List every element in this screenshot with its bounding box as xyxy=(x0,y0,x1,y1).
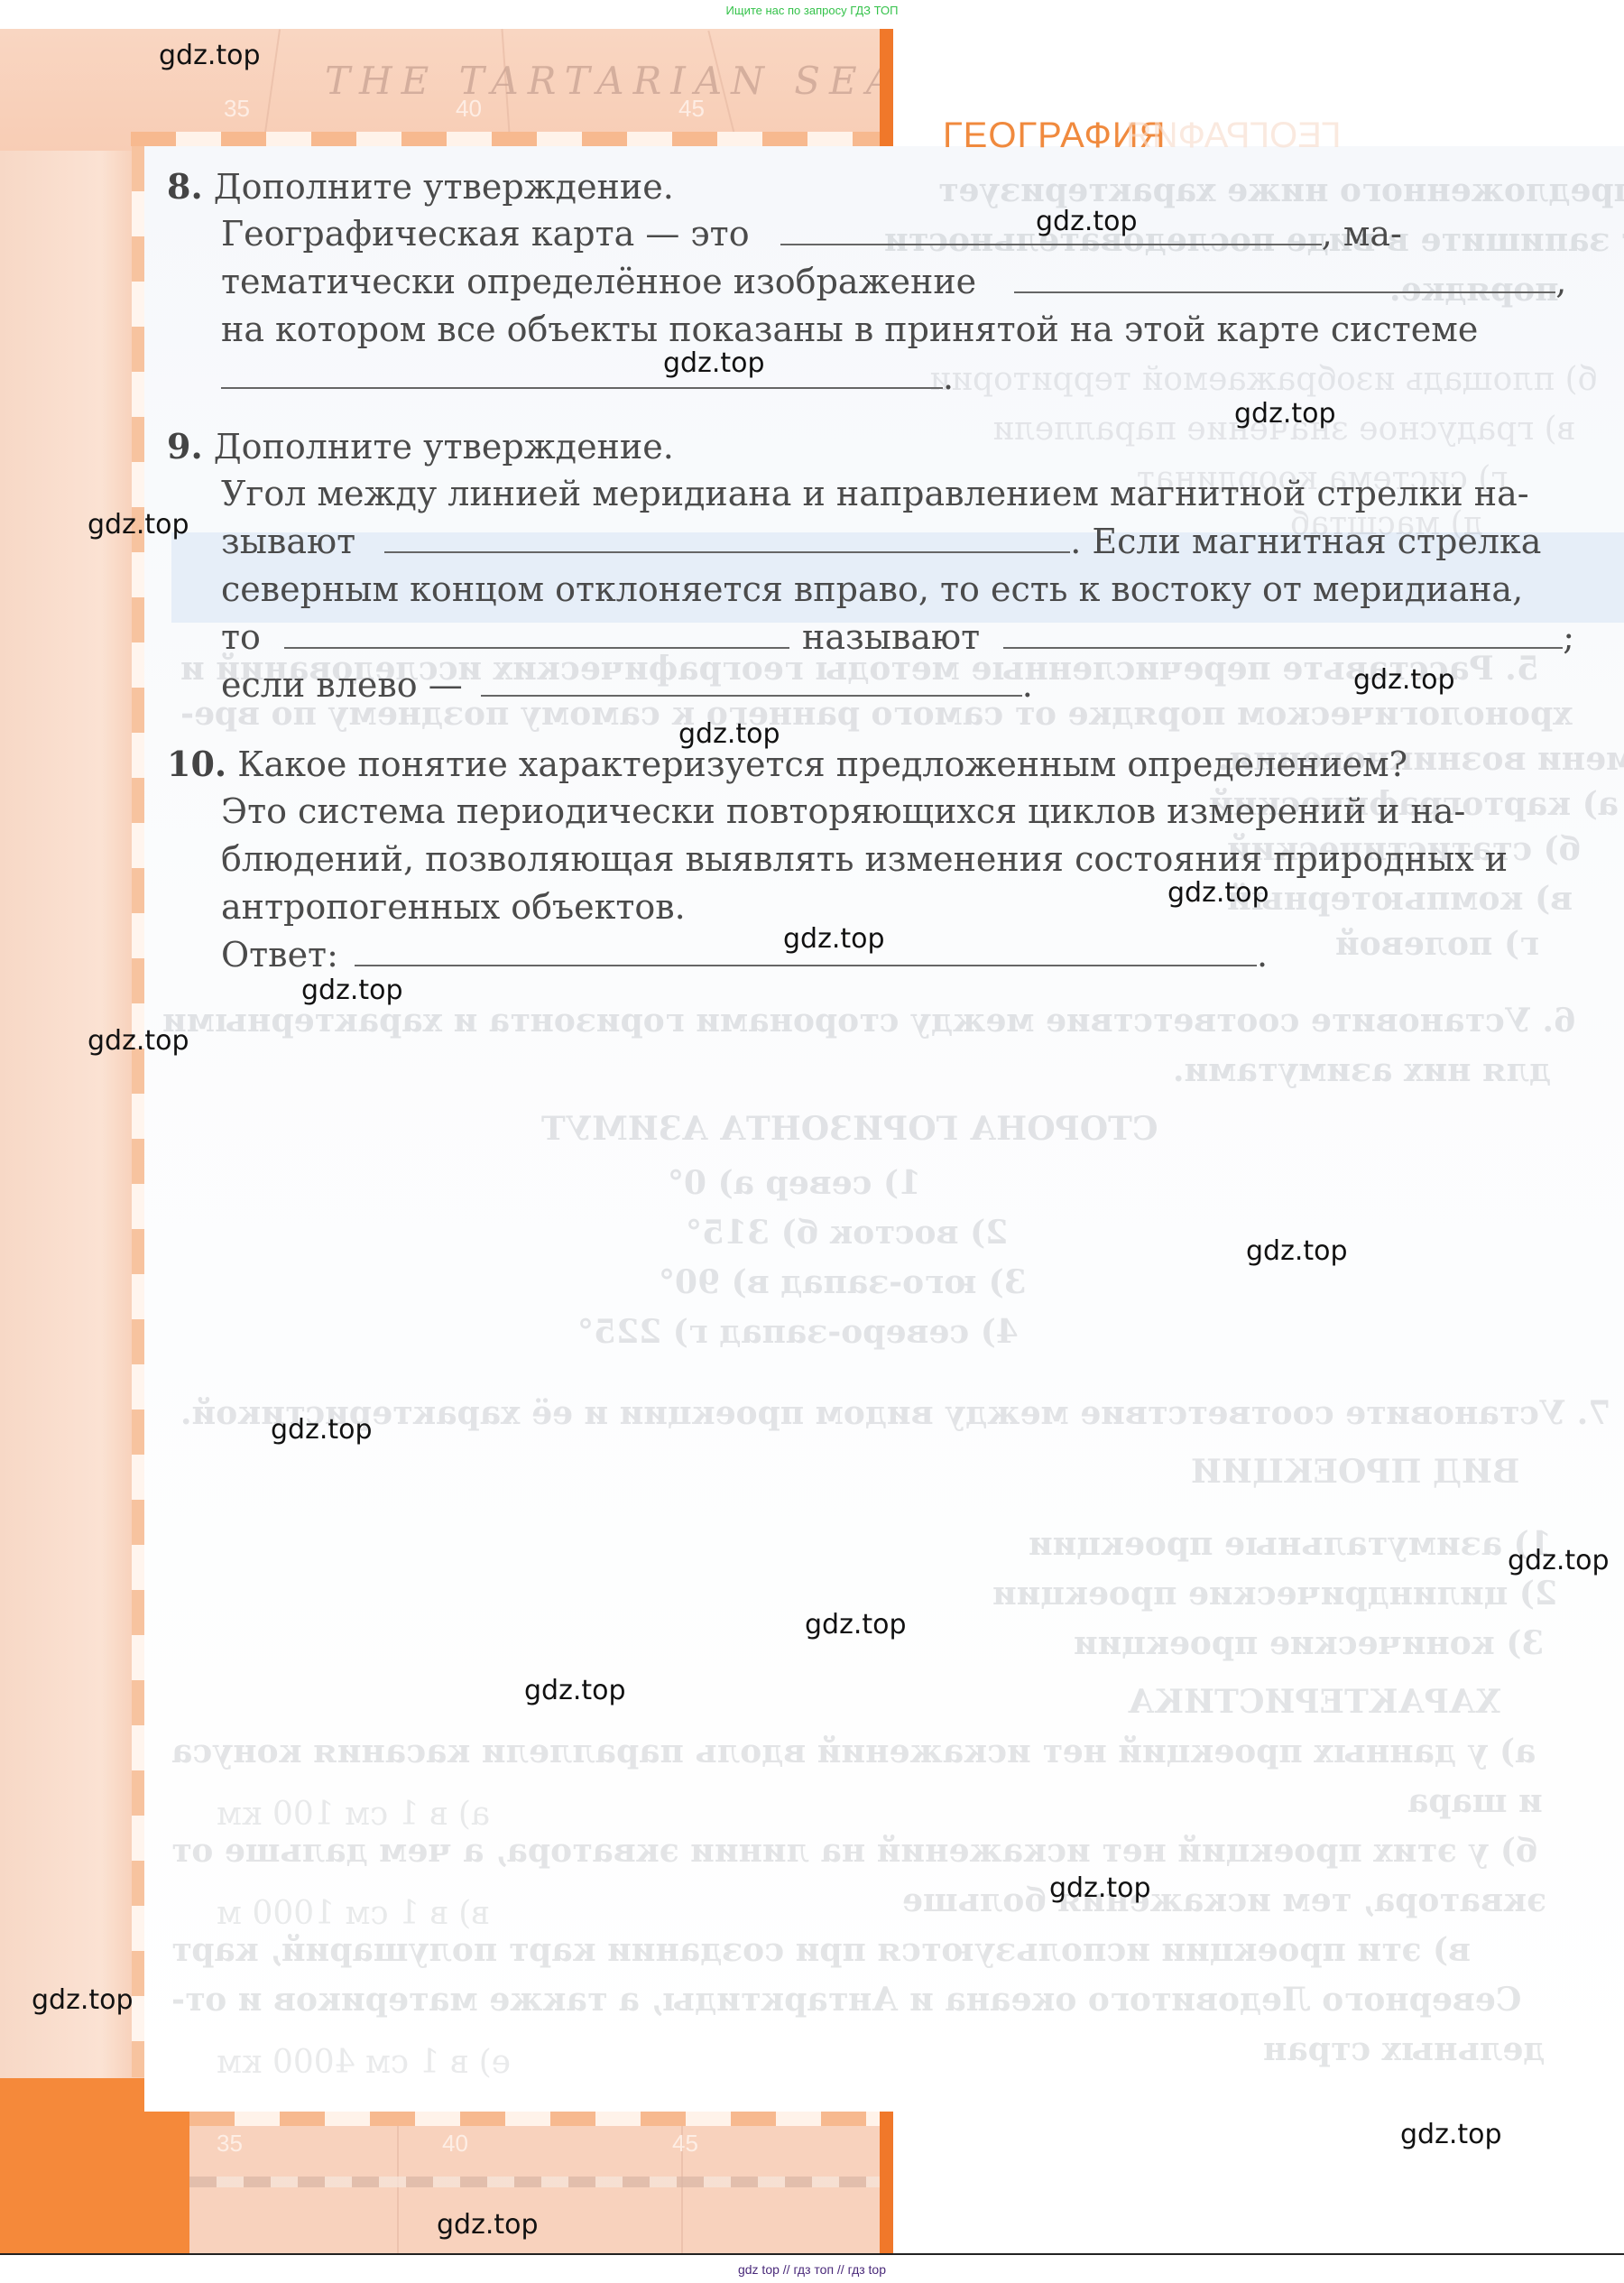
bleed-line: 3) юго-запад в) 90° xyxy=(659,1263,1027,1301)
text-segment: блюдений, позволяющая выявлять изменения… xyxy=(221,839,1508,879)
map-degree-label: 40 xyxy=(442,2130,468,2158)
watermark: gdz.top xyxy=(159,40,261,71)
answer-label: Ответ: xyxy=(221,935,338,975)
bleed-line: для них азимутами. xyxy=(1173,1051,1551,1089)
bleed-line: ХАРАКТЕРИСТИКА xyxy=(1128,1683,1500,1721)
text-segment: зывают xyxy=(221,522,355,561)
question-8-title: 8. Дополните утверждение. xyxy=(167,162,1547,211)
footer-divider xyxy=(0,2253,1624,2255)
answer-blank-9c[interactable] xyxy=(1003,620,1563,649)
footer-links[interactable]: gdz top // гдз топ // гдз top xyxy=(0,2262,1624,2277)
watermark: gdz.top xyxy=(1400,2119,1502,2150)
bleed-line: в) в 1 см 1000 м xyxy=(217,1895,489,1932)
bleed-line: а) у данных проекций нет искажений вдоль… xyxy=(171,1733,1536,1770)
question-9-line: зывают . Если магнитная стрелка xyxy=(221,518,1601,566)
text-segment: . Если магнитная стрелка xyxy=(1070,522,1541,561)
watermark: gdz.top xyxy=(437,2209,539,2241)
question-title: Дополните утверждение. xyxy=(214,167,674,207)
top-banner-link[interactable]: Ищите нас по запросу ГДЗ ТОП xyxy=(0,4,1624,17)
dashed-border-bottom xyxy=(189,2112,880,2126)
dashed-border-top xyxy=(131,132,880,146)
bleed-line: Северного Ледовитого океана и Антарктиды… xyxy=(171,1981,1521,2019)
text-segment: на котором все объекты показаны в принят… xyxy=(221,310,1478,349)
bleed-line: 7. Установите соответствие между видом п… xyxy=(180,1394,1610,1432)
watermark: gdz.top xyxy=(301,975,403,1006)
map-scale-bar xyxy=(189,2177,880,2187)
watermark: gdz.top xyxy=(678,718,780,750)
bleed-line: в) эти проекции используются при создани… xyxy=(171,1931,1471,1969)
text-segment: если влево — xyxy=(221,665,463,705)
watermark: gdz.top xyxy=(88,1025,189,1057)
text-segment: ; xyxy=(1563,617,1574,657)
watermark: gdz.top xyxy=(805,1609,907,1641)
subject-title-bleed: ГЕОГРАФИЯ xyxy=(1126,116,1342,156)
watermark: gdz.top xyxy=(663,347,765,379)
question-10-line: антропогенных объектов. xyxy=(221,883,1601,931)
text-segment: Угол между линией меридиана и направлени… xyxy=(221,474,1529,513)
question-9-line: северным концом отклоняется вправо, то е… xyxy=(221,566,1601,614)
bleed-line: б) у этих проекций нет искажений на лини… xyxy=(171,1832,1537,1870)
question-8-line: Географическая карта — это , ма- xyxy=(221,210,1601,258)
bleed-line: 6. Установите соответствие между сторона… xyxy=(162,1002,1576,1040)
orange-accent-bar xyxy=(880,2112,893,2253)
answer-blank-9d[interactable] xyxy=(481,668,1022,697)
watermark: gdz.top xyxy=(524,1675,626,1706)
bleed-line: е) в 1 см 4000 км xyxy=(217,2044,511,2081)
question-10-title: 10. Какое понятие характеризуется предло… xyxy=(167,740,1547,789)
watermark: gdz.top xyxy=(1246,1235,1348,1267)
question-8-line: тематически определённое изображение , xyxy=(221,258,1601,306)
text-segment: , ма- xyxy=(1322,214,1402,254)
text-segment: северным концом отклоняется вправо, то е… xyxy=(221,569,1523,609)
text-segment: Географическая карта — это xyxy=(221,214,750,254)
answer-blank-9b[interactable] xyxy=(284,620,789,649)
answer-blank-9a[interactable] xyxy=(384,524,1070,553)
question-number: 8. xyxy=(167,166,203,207)
map-degree-label: 35 xyxy=(224,95,250,123)
question-8-line: . xyxy=(221,354,1601,402)
bleed-line: 2) восток б) 315° xyxy=(686,1214,1008,1252)
question-title: Дополните утверждение. xyxy=(214,427,674,467)
map-title: THE TARTARIAN SEA xyxy=(325,59,902,103)
bleed-line: экватора, тем искажения больше xyxy=(902,1881,1546,1919)
bleed-line: 1) север а) 0° xyxy=(668,1164,921,1202)
text-segment: то xyxy=(221,617,261,657)
watermark: gdz.top xyxy=(1167,877,1269,909)
text-segment: Это система периодически повторяющихся ц… xyxy=(221,791,1465,831)
question-title: Какое понятие характеризуется предложенн… xyxy=(237,744,1407,784)
bleed-line: ВИД ПРОЕКЦИИ xyxy=(1191,1453,1519,1491)
watermark: gdz.top xyxy=(88,509,189,541)
bleed-line: и шара xyxy=(1407,1782,1543,1820)
watermark: gdz.top xyxy=(1036,206,1138,237)
question-number: 9. xyxy=(167,426,203,467)
text-segment: антропогенных объектов. xyxy=(221,887,686,927)
question-9-line: Угол между линией меридиана и направлени… xyxy=(221,470,1601,518)
bleed-line: а) в 1 см 100 км xyxy=(217,1796,490,1833)
orange-accent-bar xyxy=(880,29,893,146)
bleed-line: 4) северо-запад г) 225° xyxy=(577,1313,1019,1351)
bleed-line: 3) конические проекции xyxy=(1074,1624,1544,1662)
bleed-line: дельных стран xyxy=(1263,2030,1545,2068)
map-left-strip xyxy=(0,29,144,2253)
text-segment: называют xyxy=(802,617,980,657)
map-degree-label: 45 xyxy=(672,2130,698,2158)
watermark: gdz.top xyxy=(1508,1545,1610,1576)
question-10-line: блюдений, позволяющая выявлять изменения… xyxy=(221,836,1601,883)
bleed-line: 2) цилиндрические проекции xyxy=(992,1575,1557,1613)
dashed-border-left xyxy=(132,146,144,2077)
watermark: gdz.top xyxy=(1234,398,1336,430)
question-10-line: Это система периодически повторяющихся ц… xyxy=(221,788,1601,836)
watermark: gdz.top xyxy=(1049,1872,1151,1904)
watermark: gdz.top xyxy=(1353,664,1455,696)
question-number: 10. xyxy=(167,744,226,784)
question-9-line: то называют ; xyxy=(221,614,1601,661)
text-segment: , xyxy=(1555,262,1566,301)
text-segment: . xyxy=(943,357,954,397)
map-degree-label: 35 xyxy=(217,2130,243,2158)
watermark: gdz.top xyxy=(783,923,885,955)
map-degree-label: 40 xyxy=(456,95,482,123)
map-degree-label: 45 xyxy=(678,95,705,123)
watermark: gdz.top xyxy=(271,1414,373,1446)
question-10-answer-row: Ответ: . xyxy=(221,931,1601,979)
question-8-line: на котором все объекты показаны в принят… xyxy=(221,306,1601,354)
text-segment: тематически определённое изображение xyxy=(221,262,976,301)
question-9-title: 9. Дополните утверждение. xyxy=(167,422,1547,471)
answer-blank-8b[interactable] xyxy=(1014,264,1555,293)
answer-blank-8c[interactable] xyxy=(221,360,943,389)
bleed-line: 1) азимутальные проекции xyxy=(1029,1525,1552,1563)
bleed-line: СТОРОНА ГОРИЗОНТА АЗИМУТ xyxy=(541,1110,1158,1148)
text-segment: . xyxy=(1022,665,1033,705)
watermark: gdz.top xyxy=(32,1984,134,2016)
text-segment: . xyxy=(1257,935,1268,975)
